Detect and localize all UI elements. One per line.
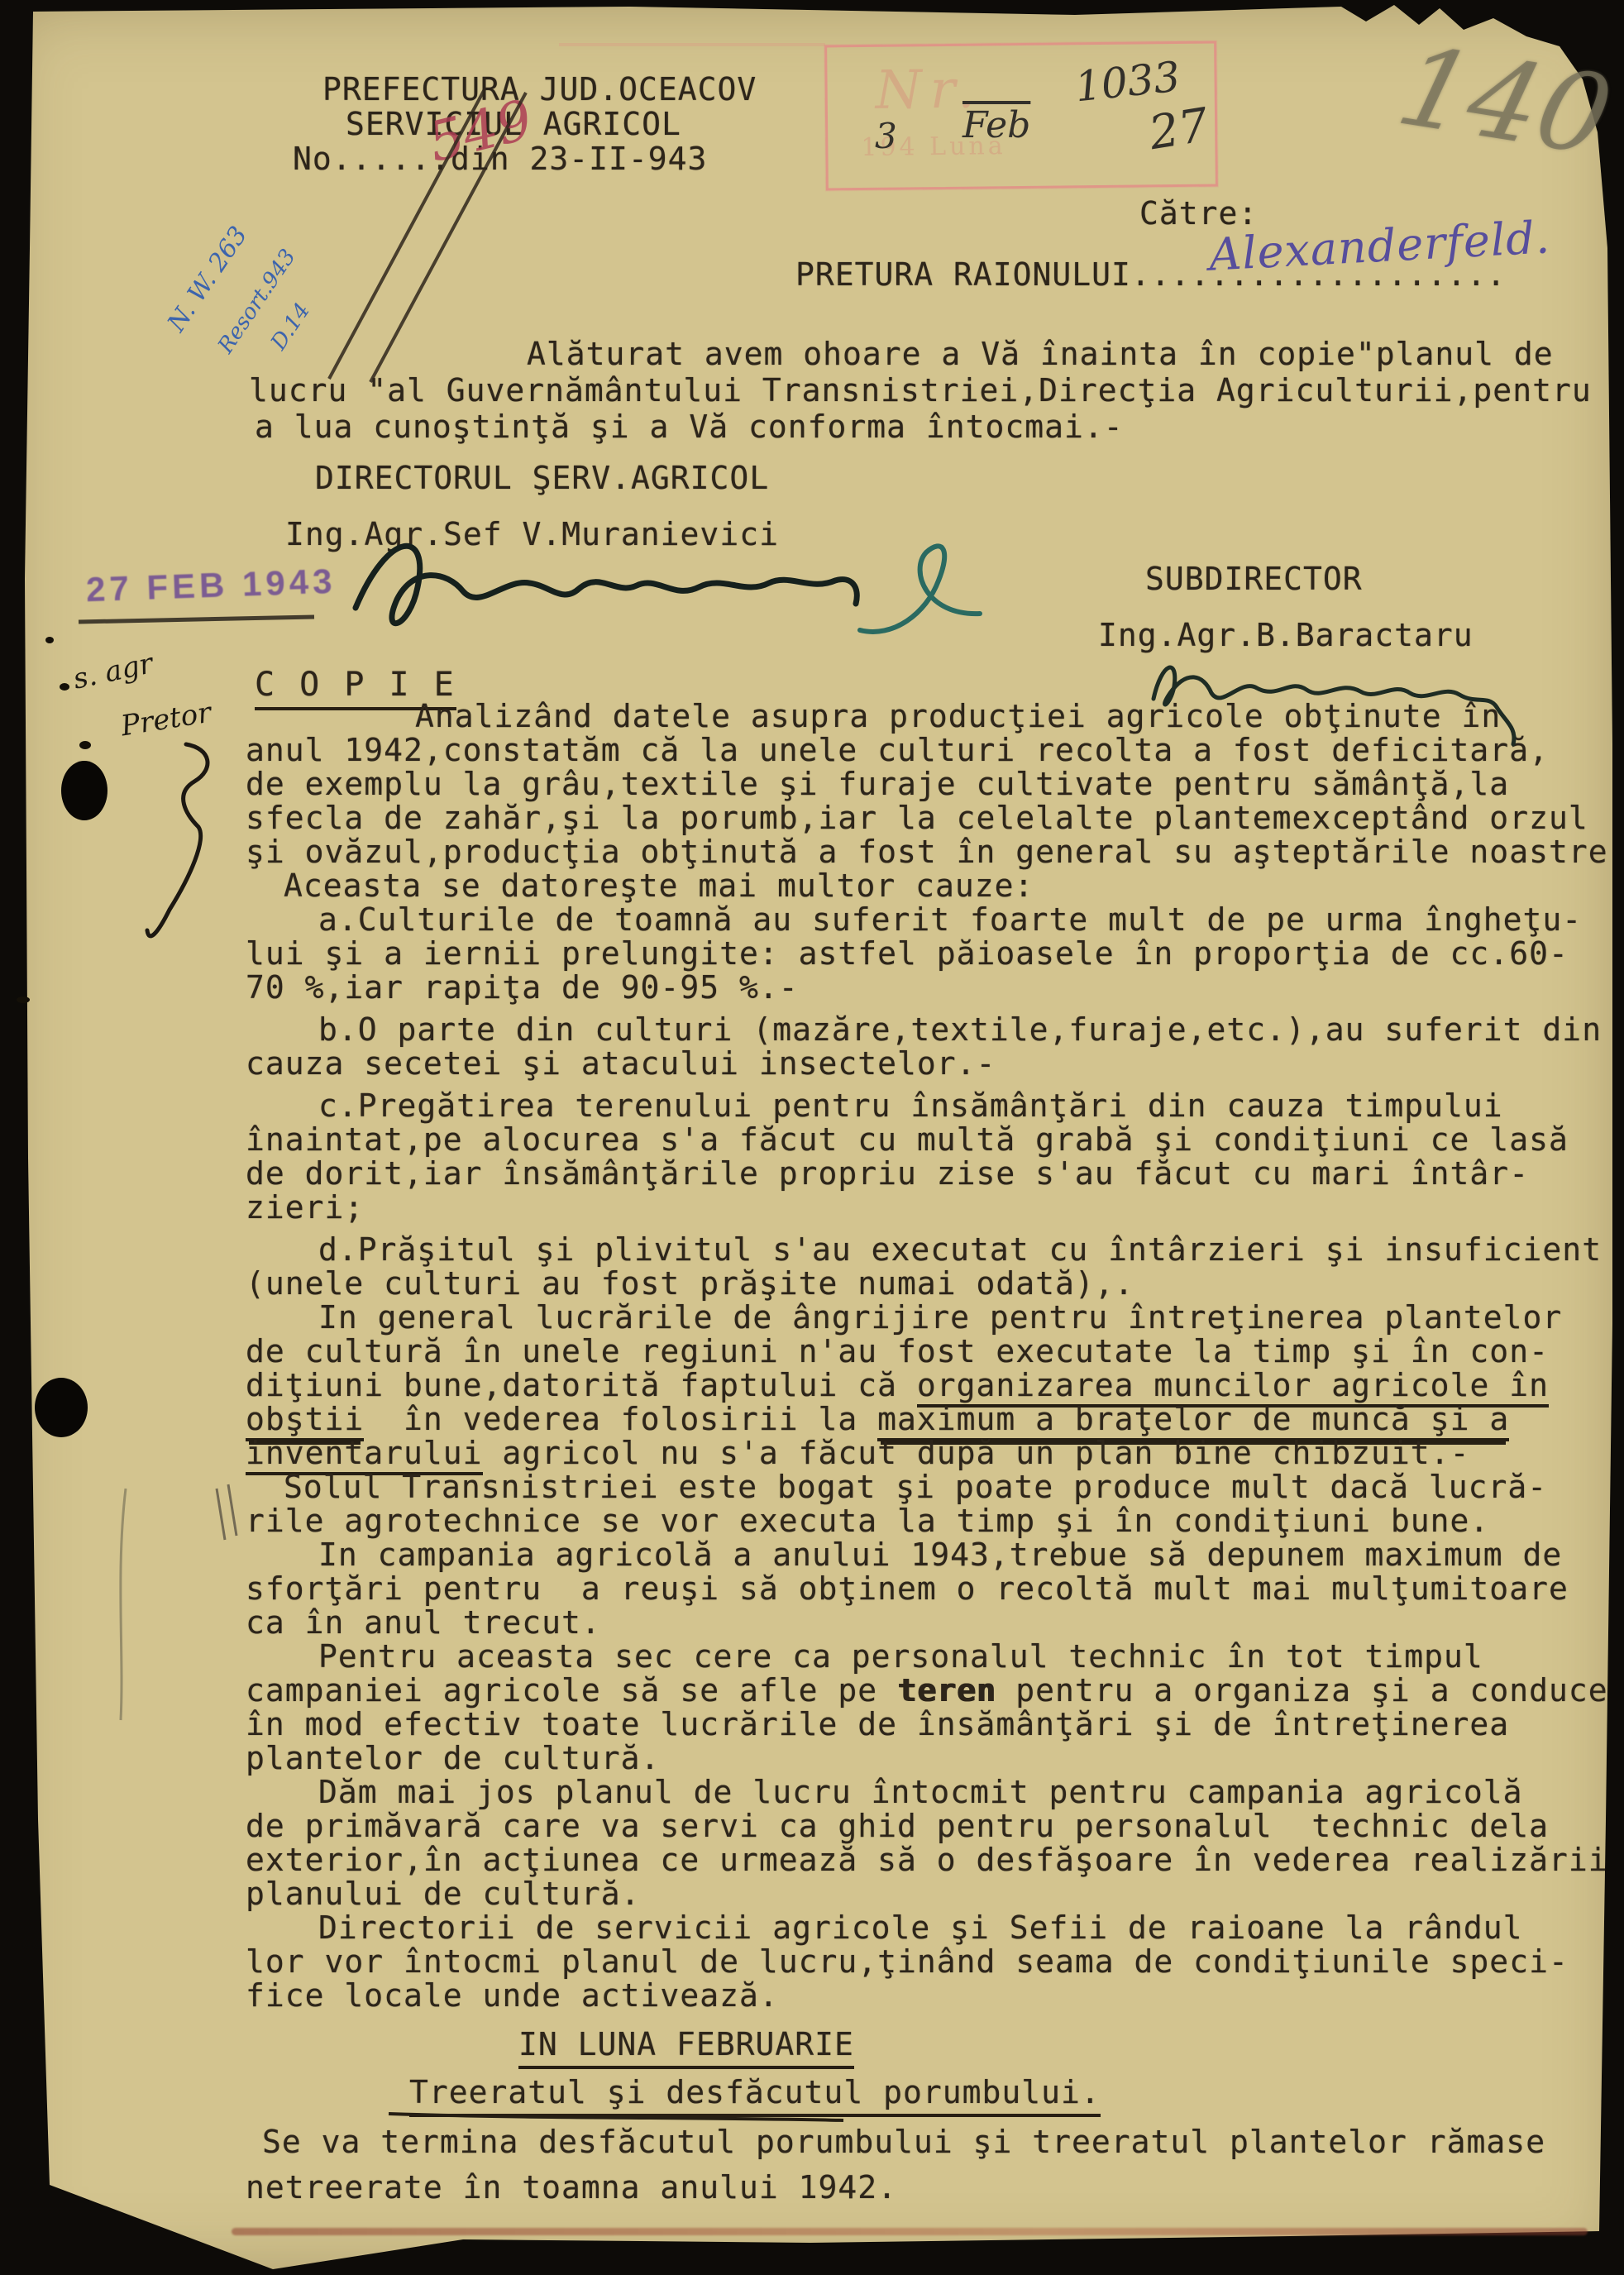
body-line-segment: diţiuni bune,datorită faptului că bbox=[246, 1367, 917, 1403]
body-line: Solul Transnistriei este bogat şi poate … bbox=[246, 1470, 1585, 1504]
body-line: (unele culturi au fost prăşite numai oda… bbox=[246, 1267, 1585, 1301]
body-line: de dorit,iar însămânţările propriu zise … bbox=[246, 1157, 1585, 1191]
section-heading-text: IN LUNA FEBRUARIE bbox=[518, 2026, 854, 2069]
subdirector-name: Ing.Agr.B.Baractaru bbox=[1098, 619, 1474, 652]
body-line: Dăm mai jos planul de lucru întocmit pen… bbox=[246, 1776, 1585, 1809]
body-line: a.Culturile de toamnă au suferit foarte … bbox=[246, 903, 1585, 937]
body-line: Se va termina desfăcutul porumbului şi t… bbox=[246, 2122, 1585, 2162]
paper-speck bbox=[17, 997, 30, 1003]
body-line: Pentru aceasta sec cere ca personalul te… bbox=[246, 1640, 1585, 1674]
intro-line1: Alăturat avem ohoare a Vă înainta în cop… bbox=[527, 337, 1554, 371]
body-line: şi ovăzul,producţia obţinută a fost în g… bbox=[246, 835, 1585, 869]
body-line: Aceasta se datoreşte mai multor cauze: bbox=[246, 869, 1585, 903]
body-line: în mod efectiv toate lucrările de însămâ… bbox=[246, 1708, 1585, 1742]
body-line: zieri; bbox=[246, 1191, 1585, 1225]
letterhead-office: PREFECTURA JUD.OCEACOV bbox=[322, 73, 757, 107]
body-line: ca în anul trecut. bbox=[246, 1606, 1585, 1640]
body-line: de cultură în unele regiuni n'au fost ex… bbox=[246, 1335, 1585, 1369]
director-title: DIRECTORUL ŞERV.AGRICOL bbox=[315, 461, 769, 495]
body-line: diţiuni bune,datorită faptului că organi… bbox=[246, 1369, 1585, 1403]
body-line-segment: campaniei agricole să se afle pe bbox=[246, 1672, 897, 1709]
intro-line2: lucru "al Guvernământului Transnistriei,… bbox=[249, 374, 1592, 408]
handwritten-day-alt: 27 bbox=[1145, 98, 1212, 160]
body-line: campaniei agricole să se afle pe teren p… bbox=[246, 1674, 1585, 1708]
stamp-edge-artifact bbox=[559, 43, 825, 46]
punch-hole bbox=[61, 761, 107, 820]
body-line: 70 %,iar rapiţa de 90-95 %.- bbox=[246, 971, 1585, 1005]
body-line: de exemplu la grâu,textile şi furaje cul… bbox=[246, 767, 1585, 801]
director-name: Ing.Agr.Sef V.Muranievici bbox=[285, 518, 779, 552]
body-line: d.Prăşitul şi plivitul s'au executat cu … bbox=[246, 1233, 1585, 1267]
body-line: anul 1942,constatăm că la unele culturi … bbox=[246, 734, 1585, 767]
section-heading-february: IN LUNA FEBRUARIE bbox=[246, 2024, 1585, 2064]
body-text: Analizând datele asupra producţiei agric… bbox=[246, 700, 1585, 2207]
paper-speck bbox=[60, 683, 69, 691]
body-line: c.Pregătirea terenului pentru însămânţăr… bbox=[246, 1089, 1585, 1123]
body-line: lui şi a iernii prelungite: astfel păioa… bbox=[246, 937, 1585, 971]
body-line: fice locale unde activează. bbox=[246, 1979, 1585, 2013]
scanned-document: PREFECTURA JUD.OCEACOV SERVICIUL AGRICOL… bbox=[0, 0, 1624, 2275]
body-line: sforţări pentru a reuşi să obţinem o rec… bbox=[246, 1572, 1585, 1606]
handwritten-day: 3 bbox=[875, 116, 897, 156]
body-line-segment: în vederea folosirii la bbox=[364, 1401, 877, 1437]
body-line: lor vor întocmi planul de lucru,ţinând s… bbox=[246, 1945, 1585, 1979]
body-line: cauza secetei şi atacului insectelor.- bbox=[246, 1047, 1585, 1081]
body-line: netreerate în toamna anului 1942. bbox=[246, 2167, 1585, 2207]
body-line-segment: pentru a organiza şi a conduce bbox=[996, 1672, 1607, 1709]
handwritten-month: Feb bbox=[962, 104, 1030, 146]
body-line-segment: agricol nu s'a făcut după un plan bine c… bbox=[483, 1435, 1470, 1471]
subdirector-title: SUBDIRECTOR bbox=[1145, 562, 1363, 596]
body-line: b.O parte din culturi (mazăre,textile,fu… bbox=[246, 1013, 1585, 1047]
paper-speck bbox=[79, 741, 91, 749]
punch-hole bbox=[35, 1378, 88, 1437]
intro-line3: a lua cunoştinţă şi a Vă conforma întocm… bbox=[255, 410, 1124, 444]
recipient-catre-label: Către: bbox=[1139, 197, 1258, 231]
body-line: rile agrotechnice se vor executa la timp… bbox=[246, 1504, 1585, 1538]
copy-heading: C O P I E bbox=[255, 668, 456, 702]
body-line: In campania agricolă a anului 1943,trebu… bbox=[246, 1538, 1585, 1572]
body-line: planului de cultură. bbox=[246, 1877, 1585, 1911]
body-line: plantelor de cultură. bbox=[246, 1742, 1585, 1776]
overstruck-bold-text: teren bbox=[897, 1672, 996, 1709]
recipient-office: PRETURA RAIONULUI. bbox=[795, 256, 1151, 293]
section-subheading-text: Treeratul şi desfăcutul porumbului. bbox=[409, 2074, 1101, 2117]
body-line: inventarului agricol nu s'a făcut după u… bbox=[246, 1436, 1585, 1470]
body-line: sfecla de zahăr,şi la porumb,iar la cele… bbox=[246, 801, 1585, 835]
worn-bottom-edge bbox=[232, 2228, 1588, 2235]
body-line: înaintat,pe alocurea s'a făcut cu multă … bbox=[246, 1123, 1585, 1157]
body-line: de primăvară care va servi ca ghid pentr… bbox=[246, 1809, 1585, 1843]
body-line: obştii în vederea folosirii la maximum a… bbox=[246, 1403, 1585, 1436]
body-line: Analizând datele asupra producţiei agric… bbox=[246, 700, 1585, 734]
body-line: exterior,în acţiunea ce urmează să o des… bbox=[246, 1843, 1585, 1877]
paper-speck bbox=[45, 637, 54, 643]
section-subheading: Treeratul şi desfăcutul porumbului. bbox=[246, 2072, 1585, 2112]
body-line: Directorii de servicii agricole şi Sefii… bbox=[246, 1911, 1585, 1945]
body-line: In general lucrările de ângrijire pentru… bbox=[246, 1301, 1585, 1335]
